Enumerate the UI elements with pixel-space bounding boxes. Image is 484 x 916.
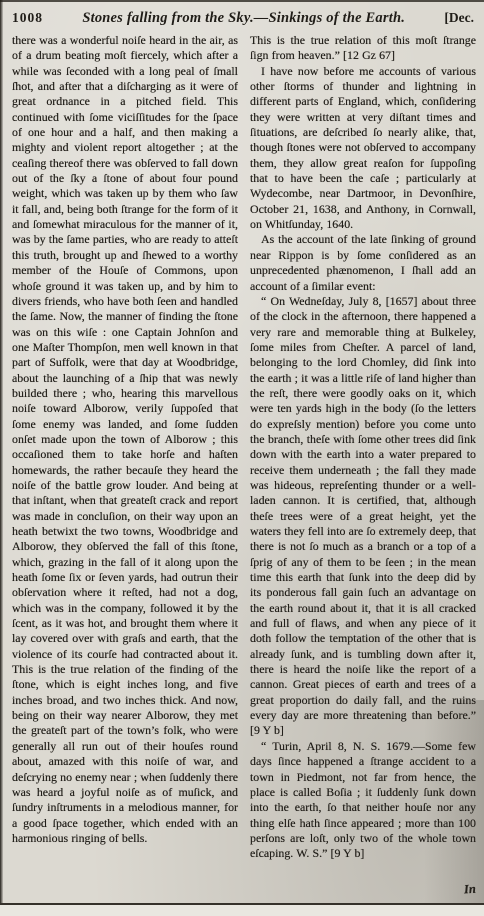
date-label: [Dec.	[444, 10, 474, 26]
bottom-page-edge	[0, 905, 484, 916]
right-paragraph-2: I have now before me accounts of various…	[250, 64, 476, 233]
left-paragraph: there was a wonderful noiſe heard in the…	[12, 33, 238, 846]
scan-edge-top	[0, 0, 484, 2]
right-column: This is the true relation of this moſt ſ…	[250, 33, 476, 862]
right-paragraph-5: “ Turin, April 8, N. S. 1679.—Some few d…	[250, 739, 476, 862]
catchword: In	[464, 882, 477, 898]
page-number: 1008	[12, 10, 43, 26]
right-paragraph-3: As the account of the late ſinking of gr…	[250, 232, 476, 293]
right-paragraph-1: This is the true relation of this moſt ſ…	[250, 33, 476, 64]
page-header: 1008 Stones falling from the Sky.—Sinkin…	[0, 0, 484, 29]
right-paragraph-4: “ On Wedneſday, July 8, [1657] about thr…	[250, 294, 476, 739]
running-title: Stones falling from the Sky.—Sinkings of…	[82, 10, 405, 27]
text-columns: there was a wonderful noiſe heard in the…	[0, 29, 484, 862]
scanned-page: 1008 Stones falling from the Sky.—Sinkin…	[0, 0, 484, 916]
scan-edge-left	[0, 0, 3, 910]
left-column: there was a wonderful noiſe heard in the…	[12, 33, 238, 862]
